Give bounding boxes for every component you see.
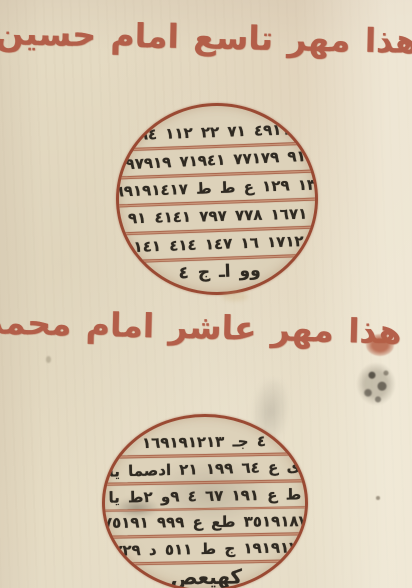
seal-circle-top: ٩٤ ١١٢ ٢٢ ٧١ ٤٩١١ ٩٧٩١٩ ٧١٩٤١ ٧٧١٧٩ ٩١ ٦… [116,103,318,295]
seal-row: ٢٢٩ د ٥١١ ط ج ١٩١٩١٧ [102,536,308,562]
paper-stain [222,292,248,301]
seal-row: ٧٥١٩١ ٩٩٩ ع عط ٣٥١٩١٨٧ [102,510,308,534]
seal-top-rows: ٩٤ ١١٢ ٢٢ ٧١ ٤٩١١ ٩٧٩١٩ ٧١٩٤١ ٧٧١٧٩ ٩١ ٦… [116,103,318,295]
manuscript-page: هذا مهر تاسع امام حسین عسکری ٩٤ ١١٢ ٢٢ ٧… [0,0,412,588]
paper-speck [46,356,51,363]
paper-speck [376,496,380,500]
inscription-middle-red-calligraphy: هذا مهر عاشر امام محمد مهدی [0,300,402,352]
seal-row: ای امصدا ٢١ ١٩٩ ٦٤ ع ی [102,455,308,483]
seal-row-kaf-ha-ya-ain-sad: كهيعص [102,563,308,588]
red-ink-blob [366,334,394,356]
seal-circle-bottom: ١٦٩١٩١٢١٣ ـج ٤ ای امصدا ٢١ ١٩٩ ٦٤ ع ی ای… [102,414,308,588]
seal-row: ١٦٩١٩١٢١٣ ـج ٤ [102,429,308,455]
dark-ink-blot [356,362,396,406]
seal-row: ای ط٢ و٩ ٤ ٦٧ ١٩١ ع ط [102,483,308,509]
seal-bottom-rows: ١٦٩١٩١٢١٣ ـج ٤ ای امصدا ٢١ ١٩٩ ٦٤ ع ی ای… [102,415,308,588]
inscription-top-red-calligraphy: هذا مهر تاسع امام حسین عسکری [0,10,412,61]
